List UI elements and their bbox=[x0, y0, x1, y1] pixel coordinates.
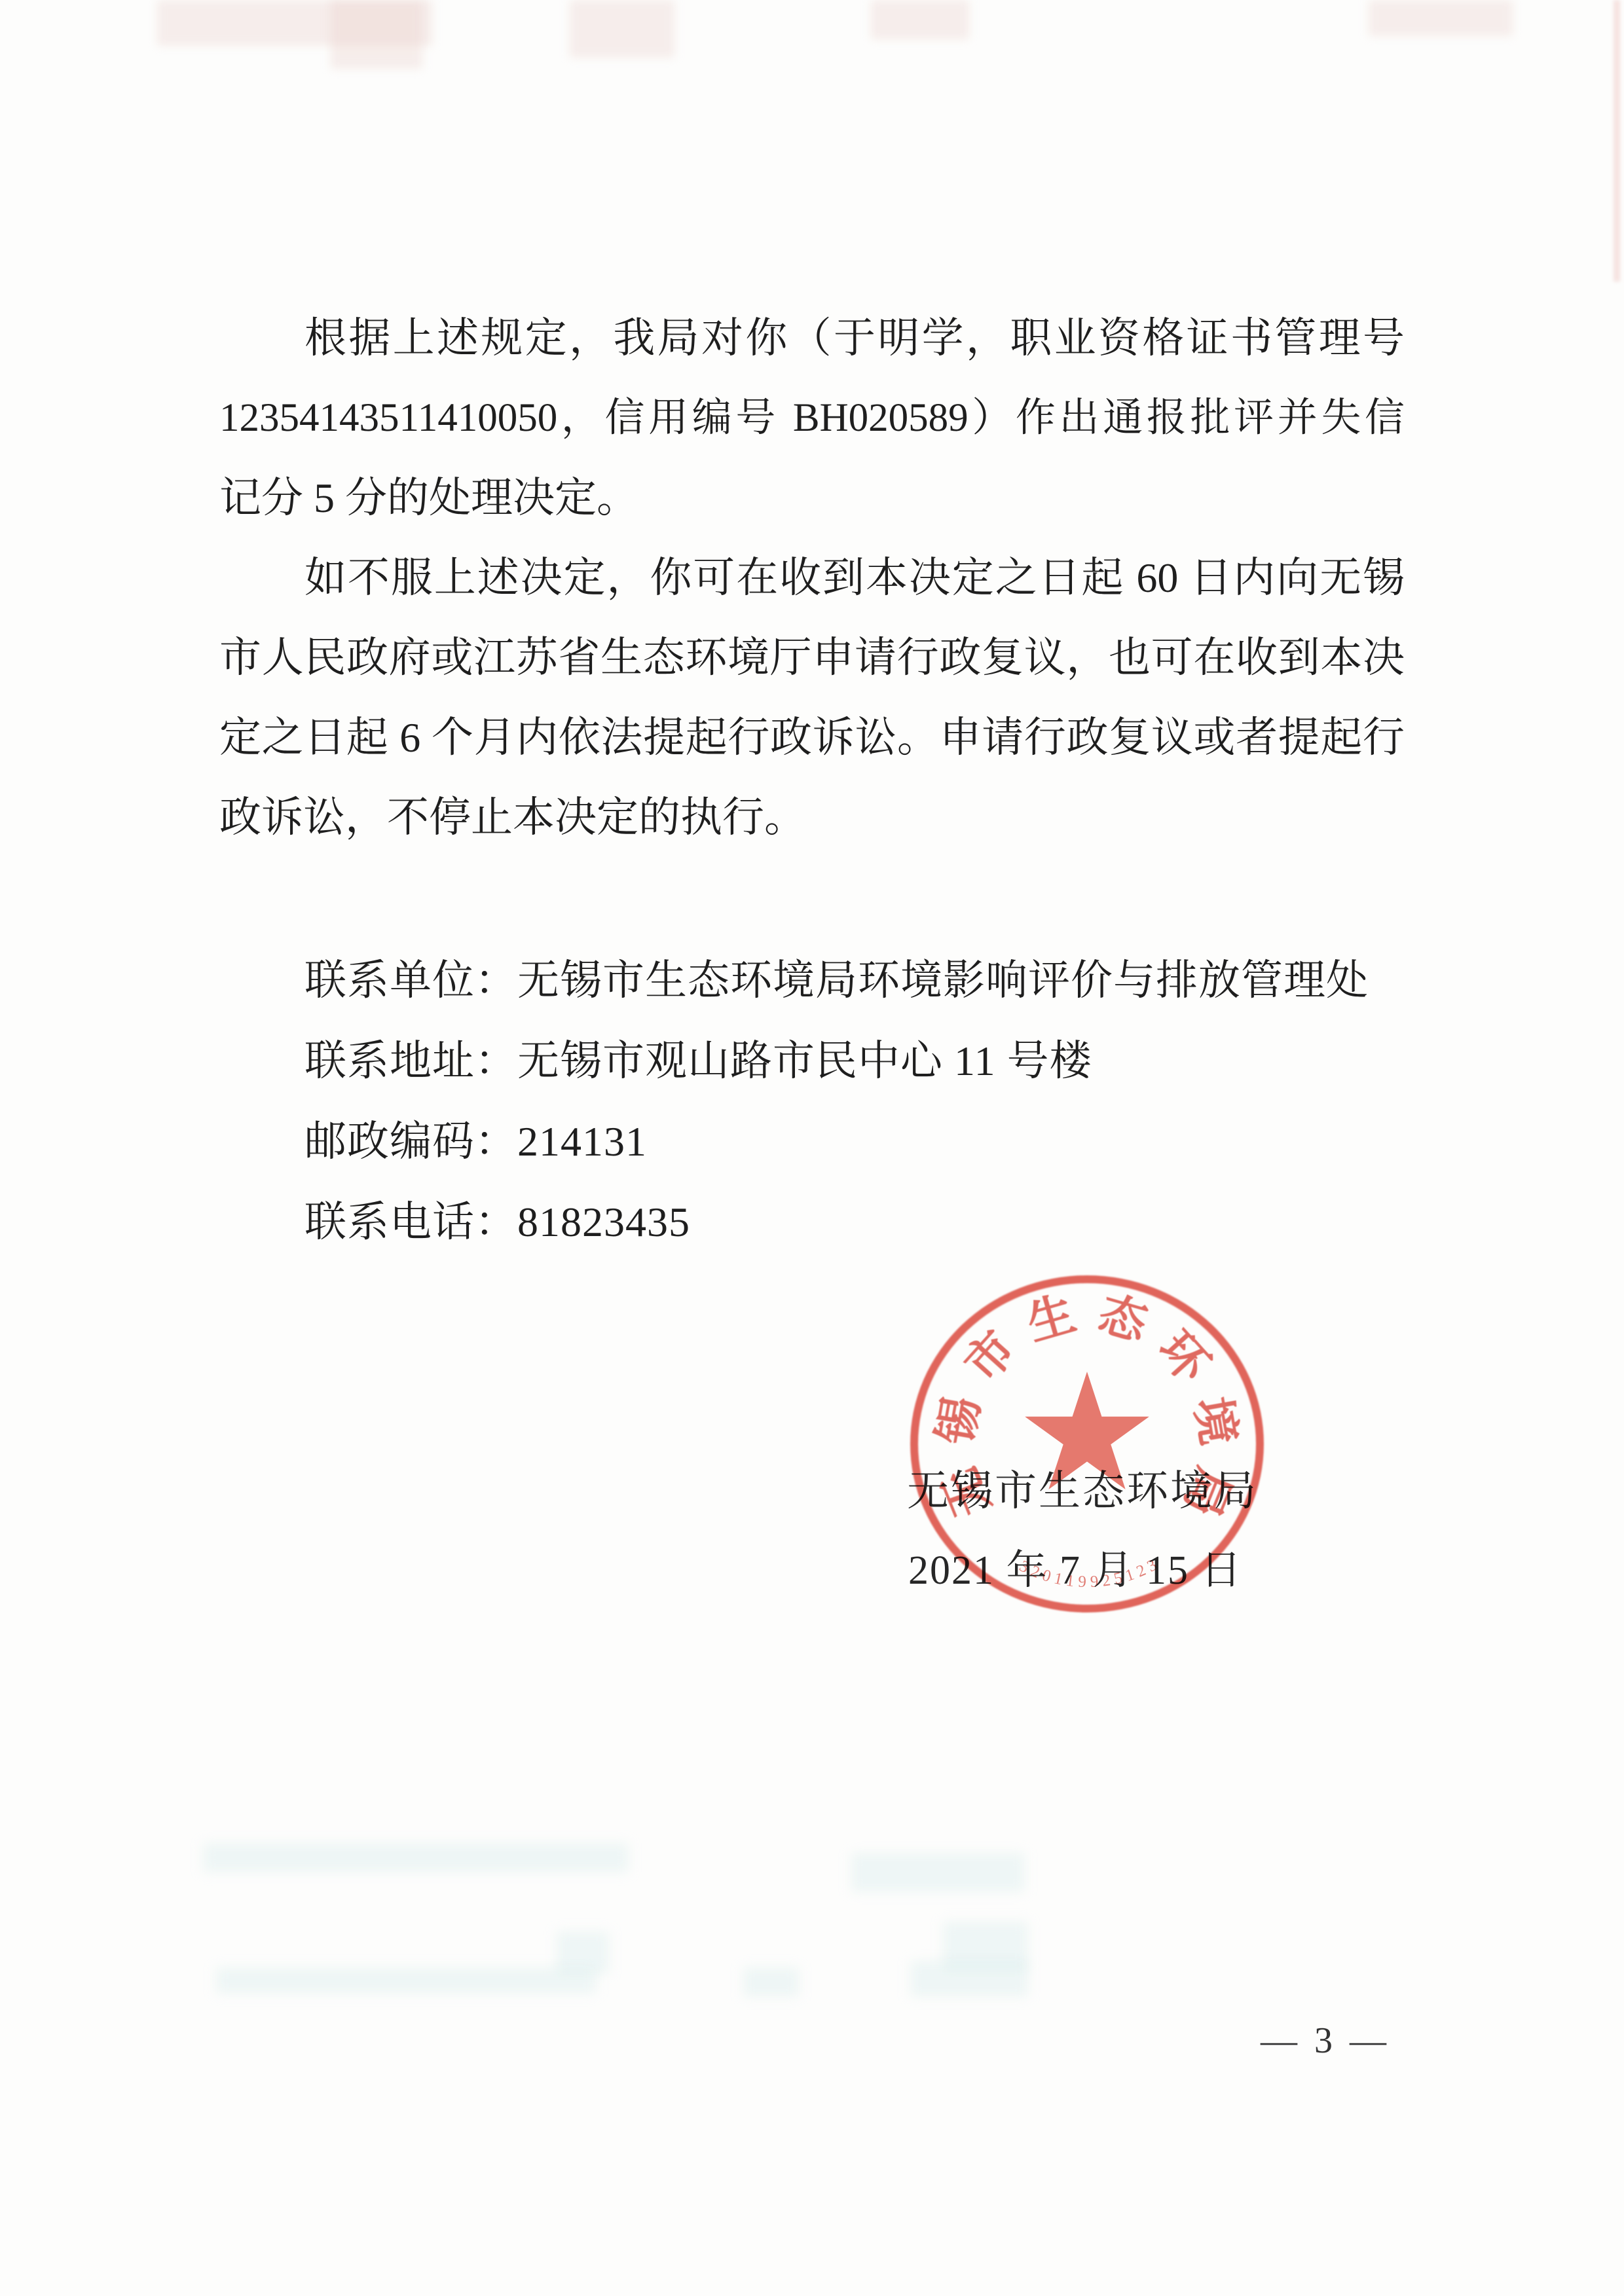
bleed-through-mark bbox=[216, 1967, 596, 1994]
bleed-through-mark bbox=[943, 1922, 1028, 1971]
paragraph-line: 政诉讼，不停止本决定的执行。 bbox=[219, 778, 1405, 858]
official-seal: 无 锡 市 生 态 环 境 局 3 2 0 1 1 9 9 2 5 1 2 3 bbox=[910, 1275, 1264, 1613]
bleed-through-mark bbox=[157, 0, 432, 46]
bleed-through-mark bbox=[743, 1967, 799, 1997]
paragraph-line: 如不服上述决定，你可在收到本决定之日起 60 日内向无锡 bbox=[219, 538, 1405, 618]
seal-char: 境 bbox=[1186, 1393, 1244, 1450]
contact-address-line: 联系地址：无锡市观山路市民中心 11 号楼 bbox=[219, 1021, 1405, 1101]
document-body: 根据上述规定，我局对你（于明学，职业资格证书管理号 12354143511410… bbox=[219, 299, 1405, 1262]
bleed-through-mark bbox=[570, 0, 674, 58]
bleed-through-mark bbox=[871, 0, 969, 39]
paragraph-line: 定之日起 6 个月内依法提起行政诉讼。申请行政复议或者提起行 bbox=[219, 698, 1405, 778]
paragraph-line: 记分 5 分的处理决定。 bbox=[219, 458, 1405, 538]
page-number: — 3 — bbox=[1261, 2020, 1390, 2062]
blank-line bbox=[219, 858, 1405, 940]
document-page: 根据上述规定，我局对你（于明学，职业资格证书管理号 12354143511410… bbox=[0, 0, 1624, 2296]
contact-block: 联系单位：无锡市生态环境局环境影响评价与排放管理处 联系地址：无锡市观山路市民中… bbox=[219, 940, 1405, 1262]
paragraph-line: 根据上述规定，我局对你（于明学，职业资格证书管理号 bbox=[219, 299, 1405, 378]
contact-unit-line: 联系单位：无锡市生态环境局环境影响评价与排放管理处 bbox=[219, 940, 1405, 1021]
paragraph-line: 市人民政府或江苏省生态环境厅申请行政复议，也可在收到本决 bbox=[219, 618, 1405, 698]
paragraph-line: 12354143511410050，信用编号 BH020589）作出通报批评并失… bbox=[219, 378, 1405, 458]
contact-phone-line: 联系电话：81823435 bbox=[219, 1182, 1405, 1262]
bleed-through-mark bbox=[203, 1843, 629, 1872]
bleed-through-mark bbox=[851, 1853, 1025, 1892]
seal-char: 锡 bbox=[931, 1393, 988, 1450]
bleed-through-mark bbox=[910, 1961, 1028, 1997]
contact-postcode-line: 邮政编码：214131 bbox=[219, 1101, 1405, 1182]
bleed-through-mark bbox=[331, 0, 422, 69]
bleed-through-mark bbox=[557, 1931, 609, 1974]
bleed-through-mark bbox=[1614, 0, 1620, 282]
bleed-through-mark bbox=[1369, 0, 1513, 36]
